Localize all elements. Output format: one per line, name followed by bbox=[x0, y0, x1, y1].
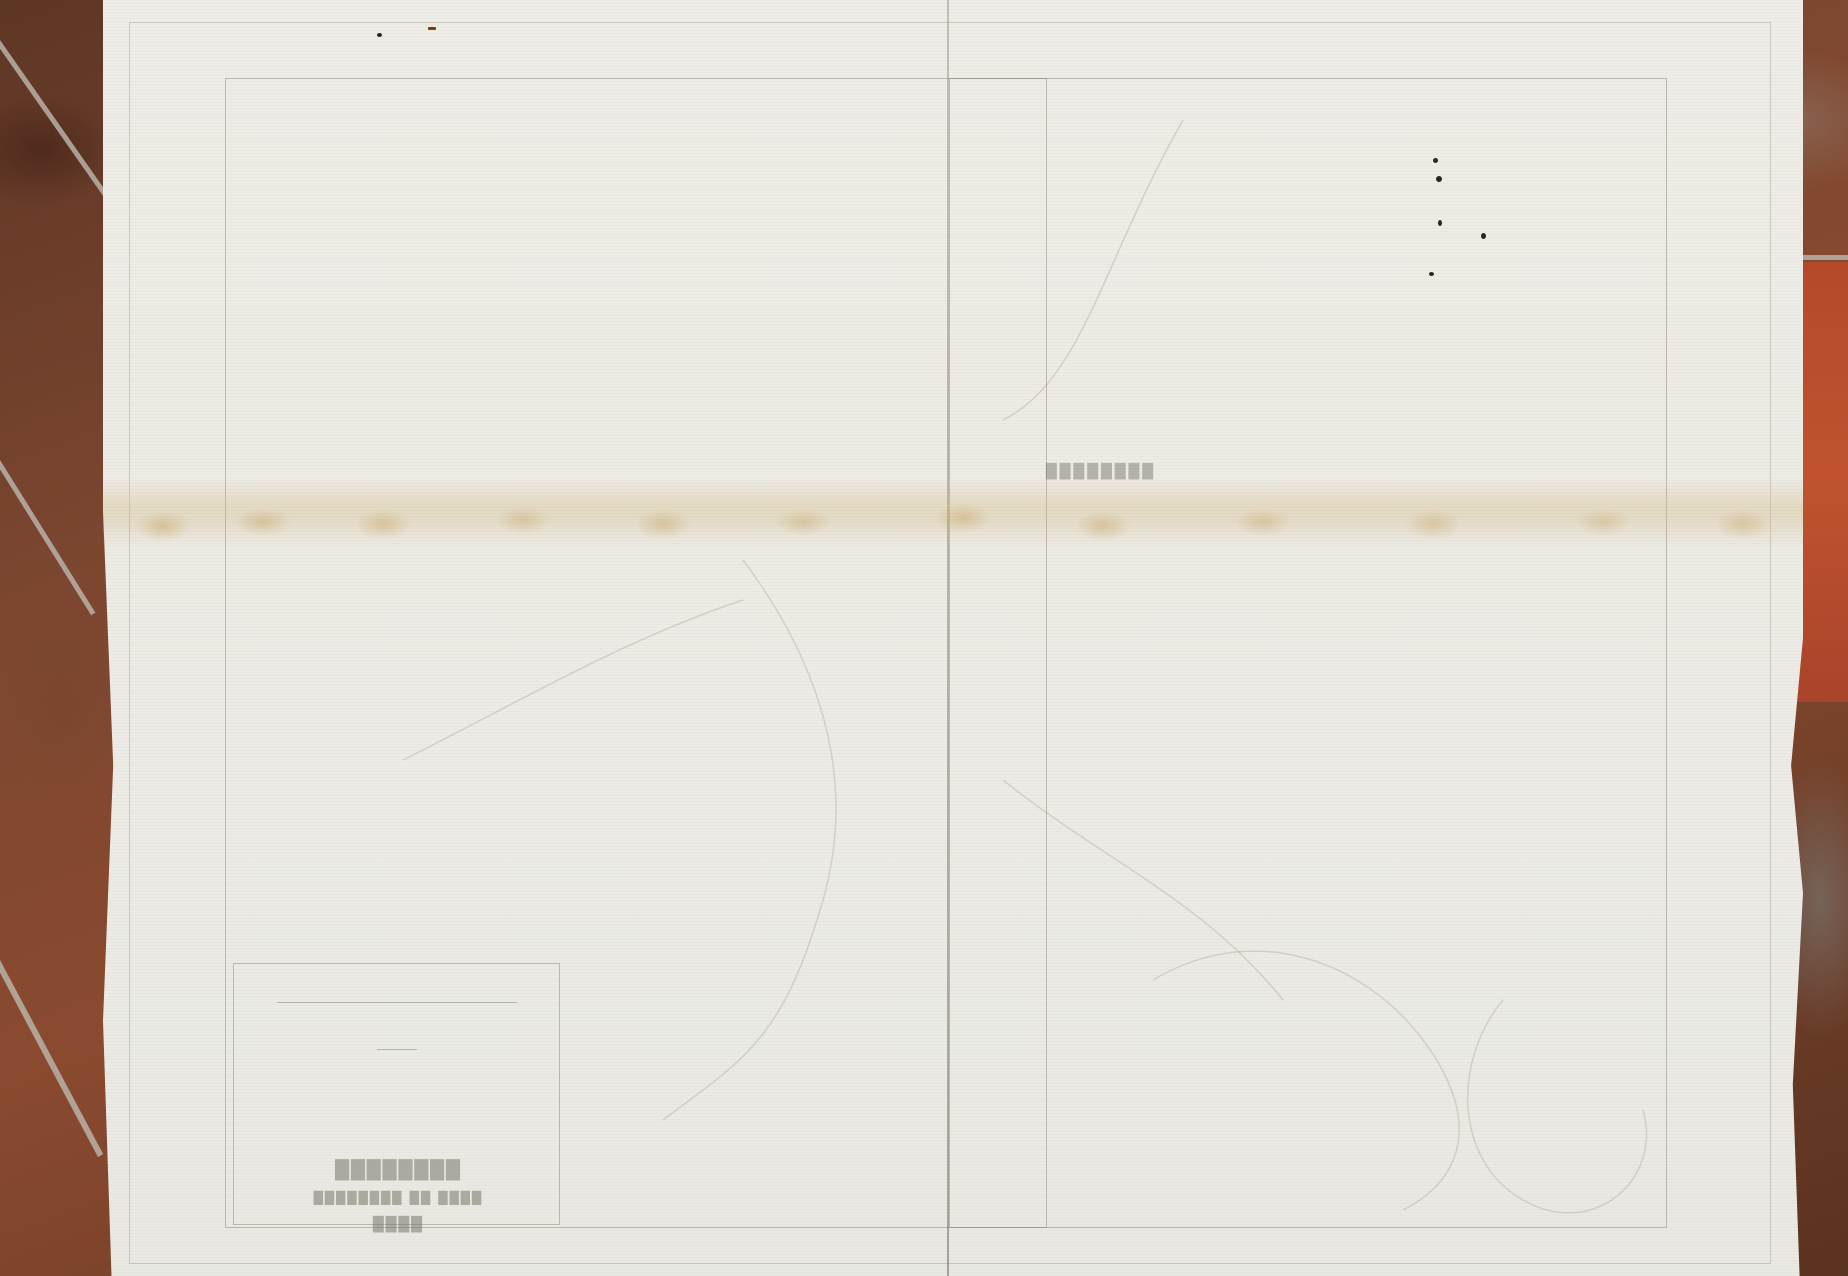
title-cartouche: ████████ ████ ██ ████████ ████ bbox=[233, 963, 560, 1225]
cartouche-rule bbox=[277, 1002, 517, 1003]
ink-speck bbox=[377, 33, 382, 37]
cartouche-title-line: ████████ bbox=[234, 1160, 559, 1181]
ink-speck bbox=[1438, 220, 1442, 226]
inner-map-border-right bbox=[949, 78, 1667, 1228]
cartouche-year-line: ████ bbox=[234, 1217, 559, 1233]
ink-speck bbox=[1481, 233, 1486, 239]
center-fold bbox=[947, 0, 949, 1276]
water-stain bbox=[103, 478, 1803, 548]
cartouche-rule bbox=[377, 1049, 417, 1050]
ink-speck bbox=[1436, 176, 1442, 182]
ink-speck bbox=[1429, 272, 1434, 276]
cartouche-subtitle-line: ████ ██ ████████ bbox=[234, 1191, 559, 1205]
ink-speck bbox=[428, 27, 436, 30]
ink-speck bbox=[1433, 158, 1438, 163]
